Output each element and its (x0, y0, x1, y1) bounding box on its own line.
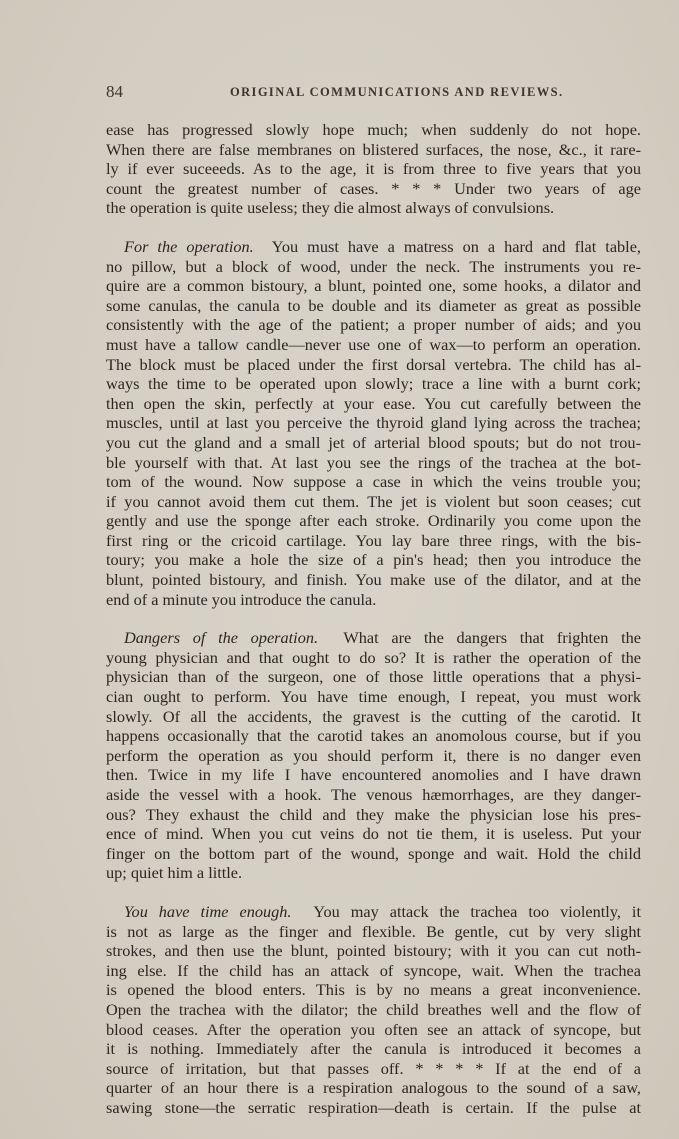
text-line: tom of the wound. Now suppose a case in … (106, 472, 641, 492)
text-line: then open the skin, perfectly at your ea… (106, 394, 641, 414)
text-line: you cut the gland and a small jet of art… (106, 433, 641, 453)
text-line: finger on the bottom part of the wound, … (106, 844, 641, 864)
text-line: is opened the blood enters. This is by n… (106, 980, 641, 1000)
paragraph-continuation: ease has progressed slowly hope much; wh… (106, 120, 641, 218)
text-line: cian ought to perform. You have time eno… (106, 687, 641, 707)
text-line: quire are a common bistoury, a blunt, po… (106, 276, 641, 296)
text-line: count the greatest number of cases. * * … (106, 179, 641, 199)
text-line: gently and use the sponge after each str… (106, 511, 641, 531)
text-line: it is nothing. Immediately after the can… (106, 1039, 641, 1059)
paragraph-you-have-time-enough: You have time enough. You may attack the… (106, 902, 641, 1118)
text-line: quarter of an hour there is a respiratio… (106, 1078, 641, 1098)
body-text: ease has progressed slowly hope much; wh… (106, 120, 641, 1118)
text-line-lead: You have time enough. You may attack the… (106, 902, 641, 922)
text-line: muscles, until at last you perceive the … (106, 413, 641, 433)
text-line: physician than of the surgeon, one of th… (106, 667, 641, 687)
text-line: sawing stone—the serratic respiration—de… (106, 1098, 641, 1118)
text-line: Open the trachea with the dilator; the c… (106, 1000, 641, 1020)
text-line: ease has progressed slowly hope much; wh… (106, 120, 641, 140)
text-line: slowly. Of all the accidents, the graves… (106, 707, 641, 727)
text-line: ly if ever suceeeds. As to the age, it i… (106, 159, 641, 179)
paragraph-lead: For the operation. (124, 237, 254, 256)
text-line: The block must be placed under the first… (106, 355, 641, 375)
text-line: young physician and that ought to do so?… (106, 648, 641, 668)
text-line-lead: For the operation. You must have a matre… (106, 237, 641, 257)
text-line: aside the vessel with a hook. The venous… (106, 785, 641, 805)
page-number: 84 (106, 82, 123, 102)
text-line: must have a tallow candle—never use one … (106, 335, 641, 355)
text-line: is not as large as the finger and flexib… (106, 922, 641, 942)
paragraph-for-the-operation: For the operation. You must have a matre… (106, 237, 641, 609)
text-line: blood ceases. After the operation you of… (106, 1020, 641, 1040)
text-line: ence of mind. When you cut veins do not … (106, 824, 641, 844)
text-line: perform the operation as you should perf… (106, 746, 641, 766)
text-line: ble yourself with that. At last you see … (106, 453, 641, 473)
text-line: When there are false membranes on bliste… (106, 140, 641, 160)
text-line: up; quiet him a little. (106, 863, 641, 883)
text-line: then. Twice in my life I have encountere… (106, 765, 641, 785)
running-header: 84 ORIGINAL COMMUNICATIONS AND REVIEWS. (106, 82, 641, 104)
text-line: strokes, and then use the blunt, pointed… (106, 941, 641, 961)
text-line: no pillow, but a block of wood, under th… (106, 257, 641, 277)
text-line: toury; you make a hole the size of a pin… (106, 550, 641, 570)
text-line: source of irritation, but that passes of… (106, 1059, 641, 1079)
paragraph-lead: Dangers of the operation. (124, 628, 318, 647)
running-title: ORIGINAL COMMUNICATIONS AND REVIEWS. (230, 85, 564, 100)
text-line: ing else. If the child has an attack of … (106, 961, 641, 981)
paragraph-lead: You have time enough. (124, 902, 291, 921)
text-line: end of a minute you introduce the canula… (106, 590, 641, 610)
paragraph-dangers-of-the-operation: Dangers of the operation. What are the d… (106, 628, 641, 883)
text-line: consistently with the age of the patient… (106, 315, 641, 335)
text-line: first ring or the cricoid cartilage. You… (106, 531, 641, 551)
text-line: happens occasionally that the carotid ta… (106, 726, 641, 746)
text-line: ous? They exhaust the child and they mak… (106, 805, 641, 825)
text-line: blunt, pointed bistoury, and finish. You… (106, 570, 641, 590)
text-line-lead: Dangers of the operation. What are the d… (106, 628, 641, 648)
text-line: ways the time to be operated upon slowly… (106, 374, 641, 394)
text-line: the operation is quite useless; they die… (106, 198, 641, 218)
text-line: if you cannot avoid them cut them. The j… (106, 492, 641, 512)
text-line: some canulas, the canula to be double an… (106, 296, 641, 316)
